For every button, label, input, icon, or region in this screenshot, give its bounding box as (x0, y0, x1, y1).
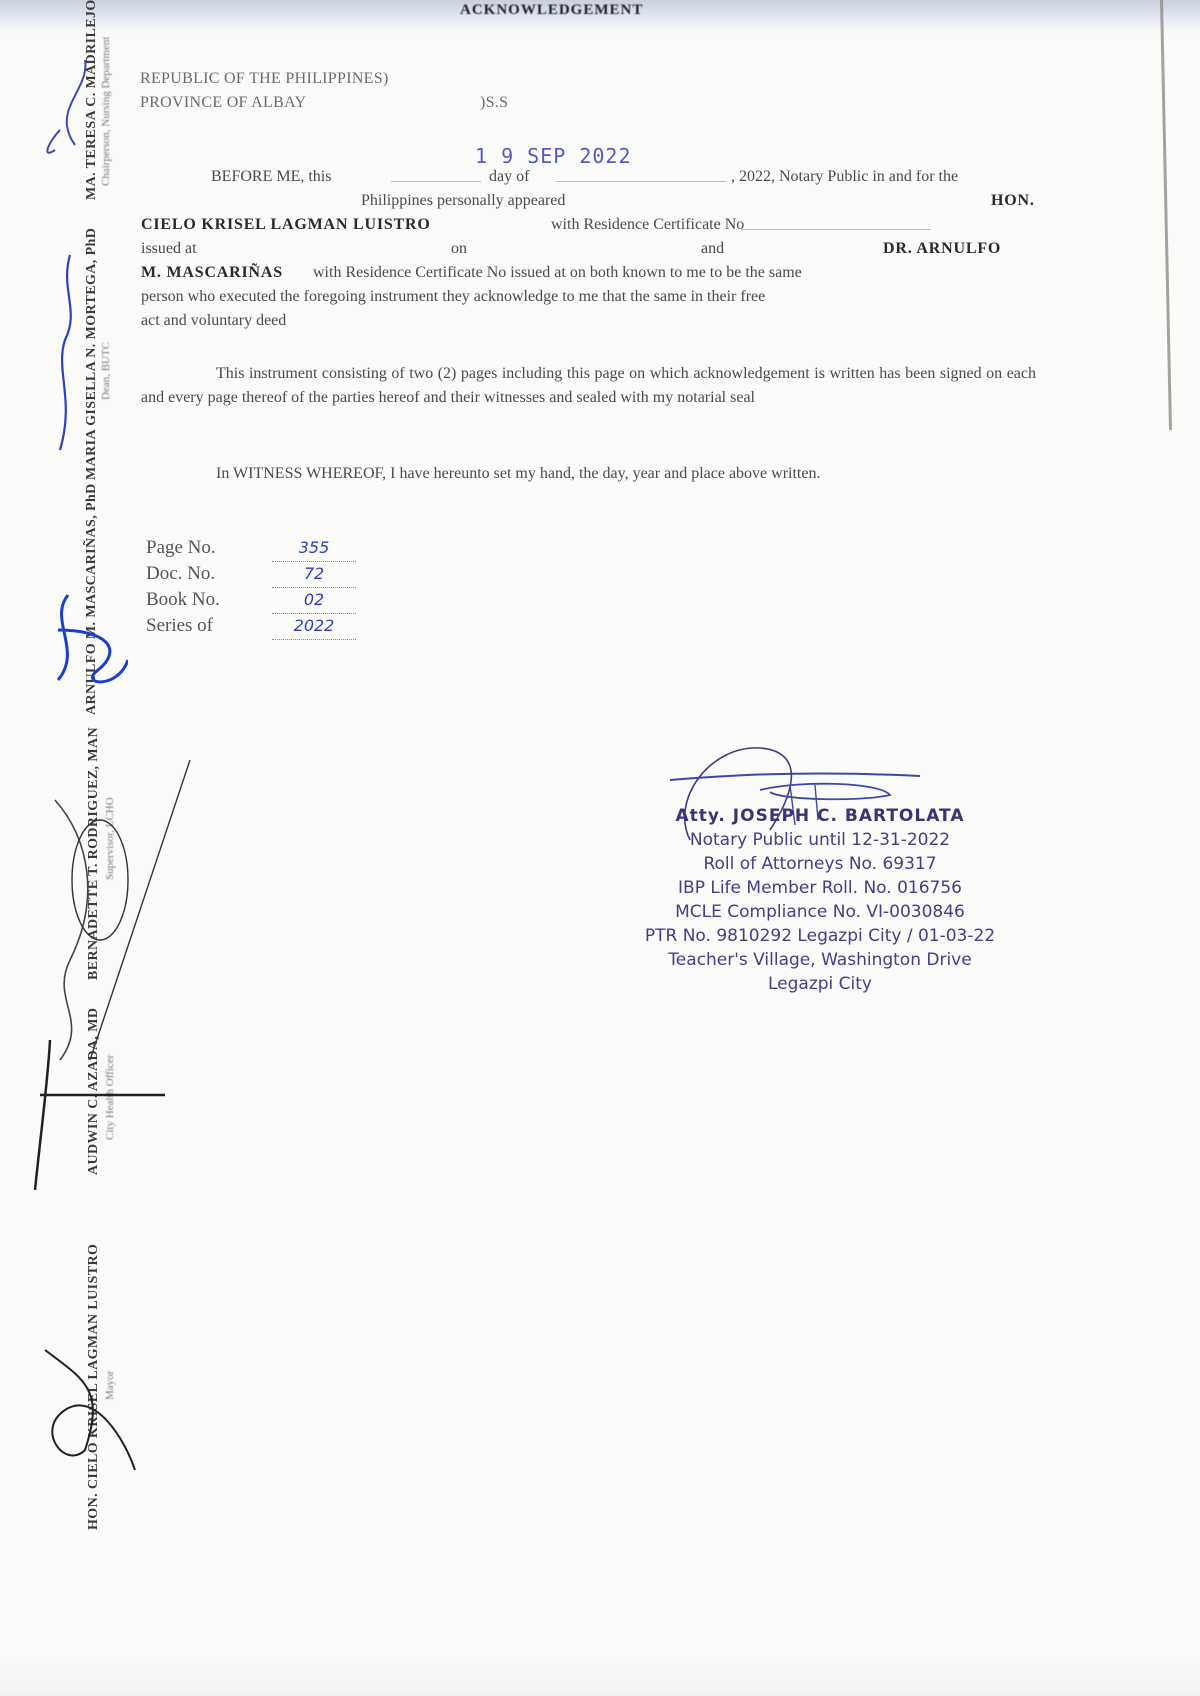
year-text: , 2022, Notary Public in and for the (731, 165, 958, 189)
notary-address-2: Legazpi City (610, 972, 1030, 996)
venue-ss: )S.S (480, 91, 508, 115)
signature-icon (28, 590, 128, 700)
notary-address-1: Teacher's Village, Washington Drive (610, 948, 1030, 972)
witness-paragraph: In WITNESS WHEREOF, I have hereunto set … (141, 462, 1036, 486)
notary-ibp: IBP Life Member Roll. No. 016756 (610, 876, 1030, 900)
notary-ptr: PTR No. 9810292 Legazpi City / 01-03-22 (610, 924, 1030, 948)
acknowledgement-paragraph: BEFORE ME, this day of , 2022, Notary Pu… (141, 165, 1036, 333)
hon-text: HON. (991, 189, 1035, 213)
day-blank (391, 181, 481, 182)
scan-bottom-shade (0, 1660, 1200, 1696)
document-title: ACKNOWLEDGEMENT (460, 2, 643, 19)
day-of-text: day of (489, 165, 529, 189)
and-text: and (701, 237, 724, 261)
signature-icon (30, 1040, 170, 1200)
notary-roll: Roll of Attorneys No. 69317 (610, 852, 1030, 876)
notary-stamp: Atty. JOSEPH C. BARTOLATA Notary Public … (610, 804, 1030, 996)
instrument-paragraph: This instrument consisting of two (2) pa… (141, 362, 1036, 410)
month-blank (556, 181, 726, 182)
page-edge-line (1160, 0, 1172, 430)
signature-icon (25, 1330, 145, 1480)
on-text: on (451, 237, 467, 261)
registry-value: 2022 (272, 613, 356, 640)
dr-text: DR. ARNULFO (883, 237, 1001, 261)
line6-text: person who executed the foregoing instru… (141, 285, 765, 309)
registry-value: 02 (272, 587, 356, 614)
philippines-text: Philippines personally appeared (361, 189, 565, 213)
registry-value: 72 (272, 561, 356, 588)
margin-signatory-title: Chairperson, Nursing Department (100, 37, 112, 186)
with-rc-text-1: with Residence Certificate No (551, 213, 744, 237)
notary-name: Atty. JOSEPH C. BARTOLATA (610, 804, 1030, 828)
notary-commission: Notary Public until 12-31-2022 (610, 828, 1030, 852)
registry-value: 355 (272, 535, 356, 562)
line5-rest: with Residence Certificate No issued at … (313, 261, 802, 285)
margin-signatory-title: Dean, BUTC (100, 342, 112, 400)
margin-signatures: MA. TERESA C. MADRILEJOS Chairperson, Nu… (0, 0, 220, 1696)
signature-icon (30, 50, 100, 160)
before-me-text: BEFORE ME, this (211, 165, 331, 189)
rc-blank-1 (741, 229, 931, 230)
notary-mcle: MCLE Compliance No. VI-0030846 (610, 900, 1030, 924)
signature-icon (40, 250, 90, 460)
document-page: ACKNOWLEDGEMENT REPUBLIC OF THE PHILIPPI… (0, 0, 1200, 1696)
